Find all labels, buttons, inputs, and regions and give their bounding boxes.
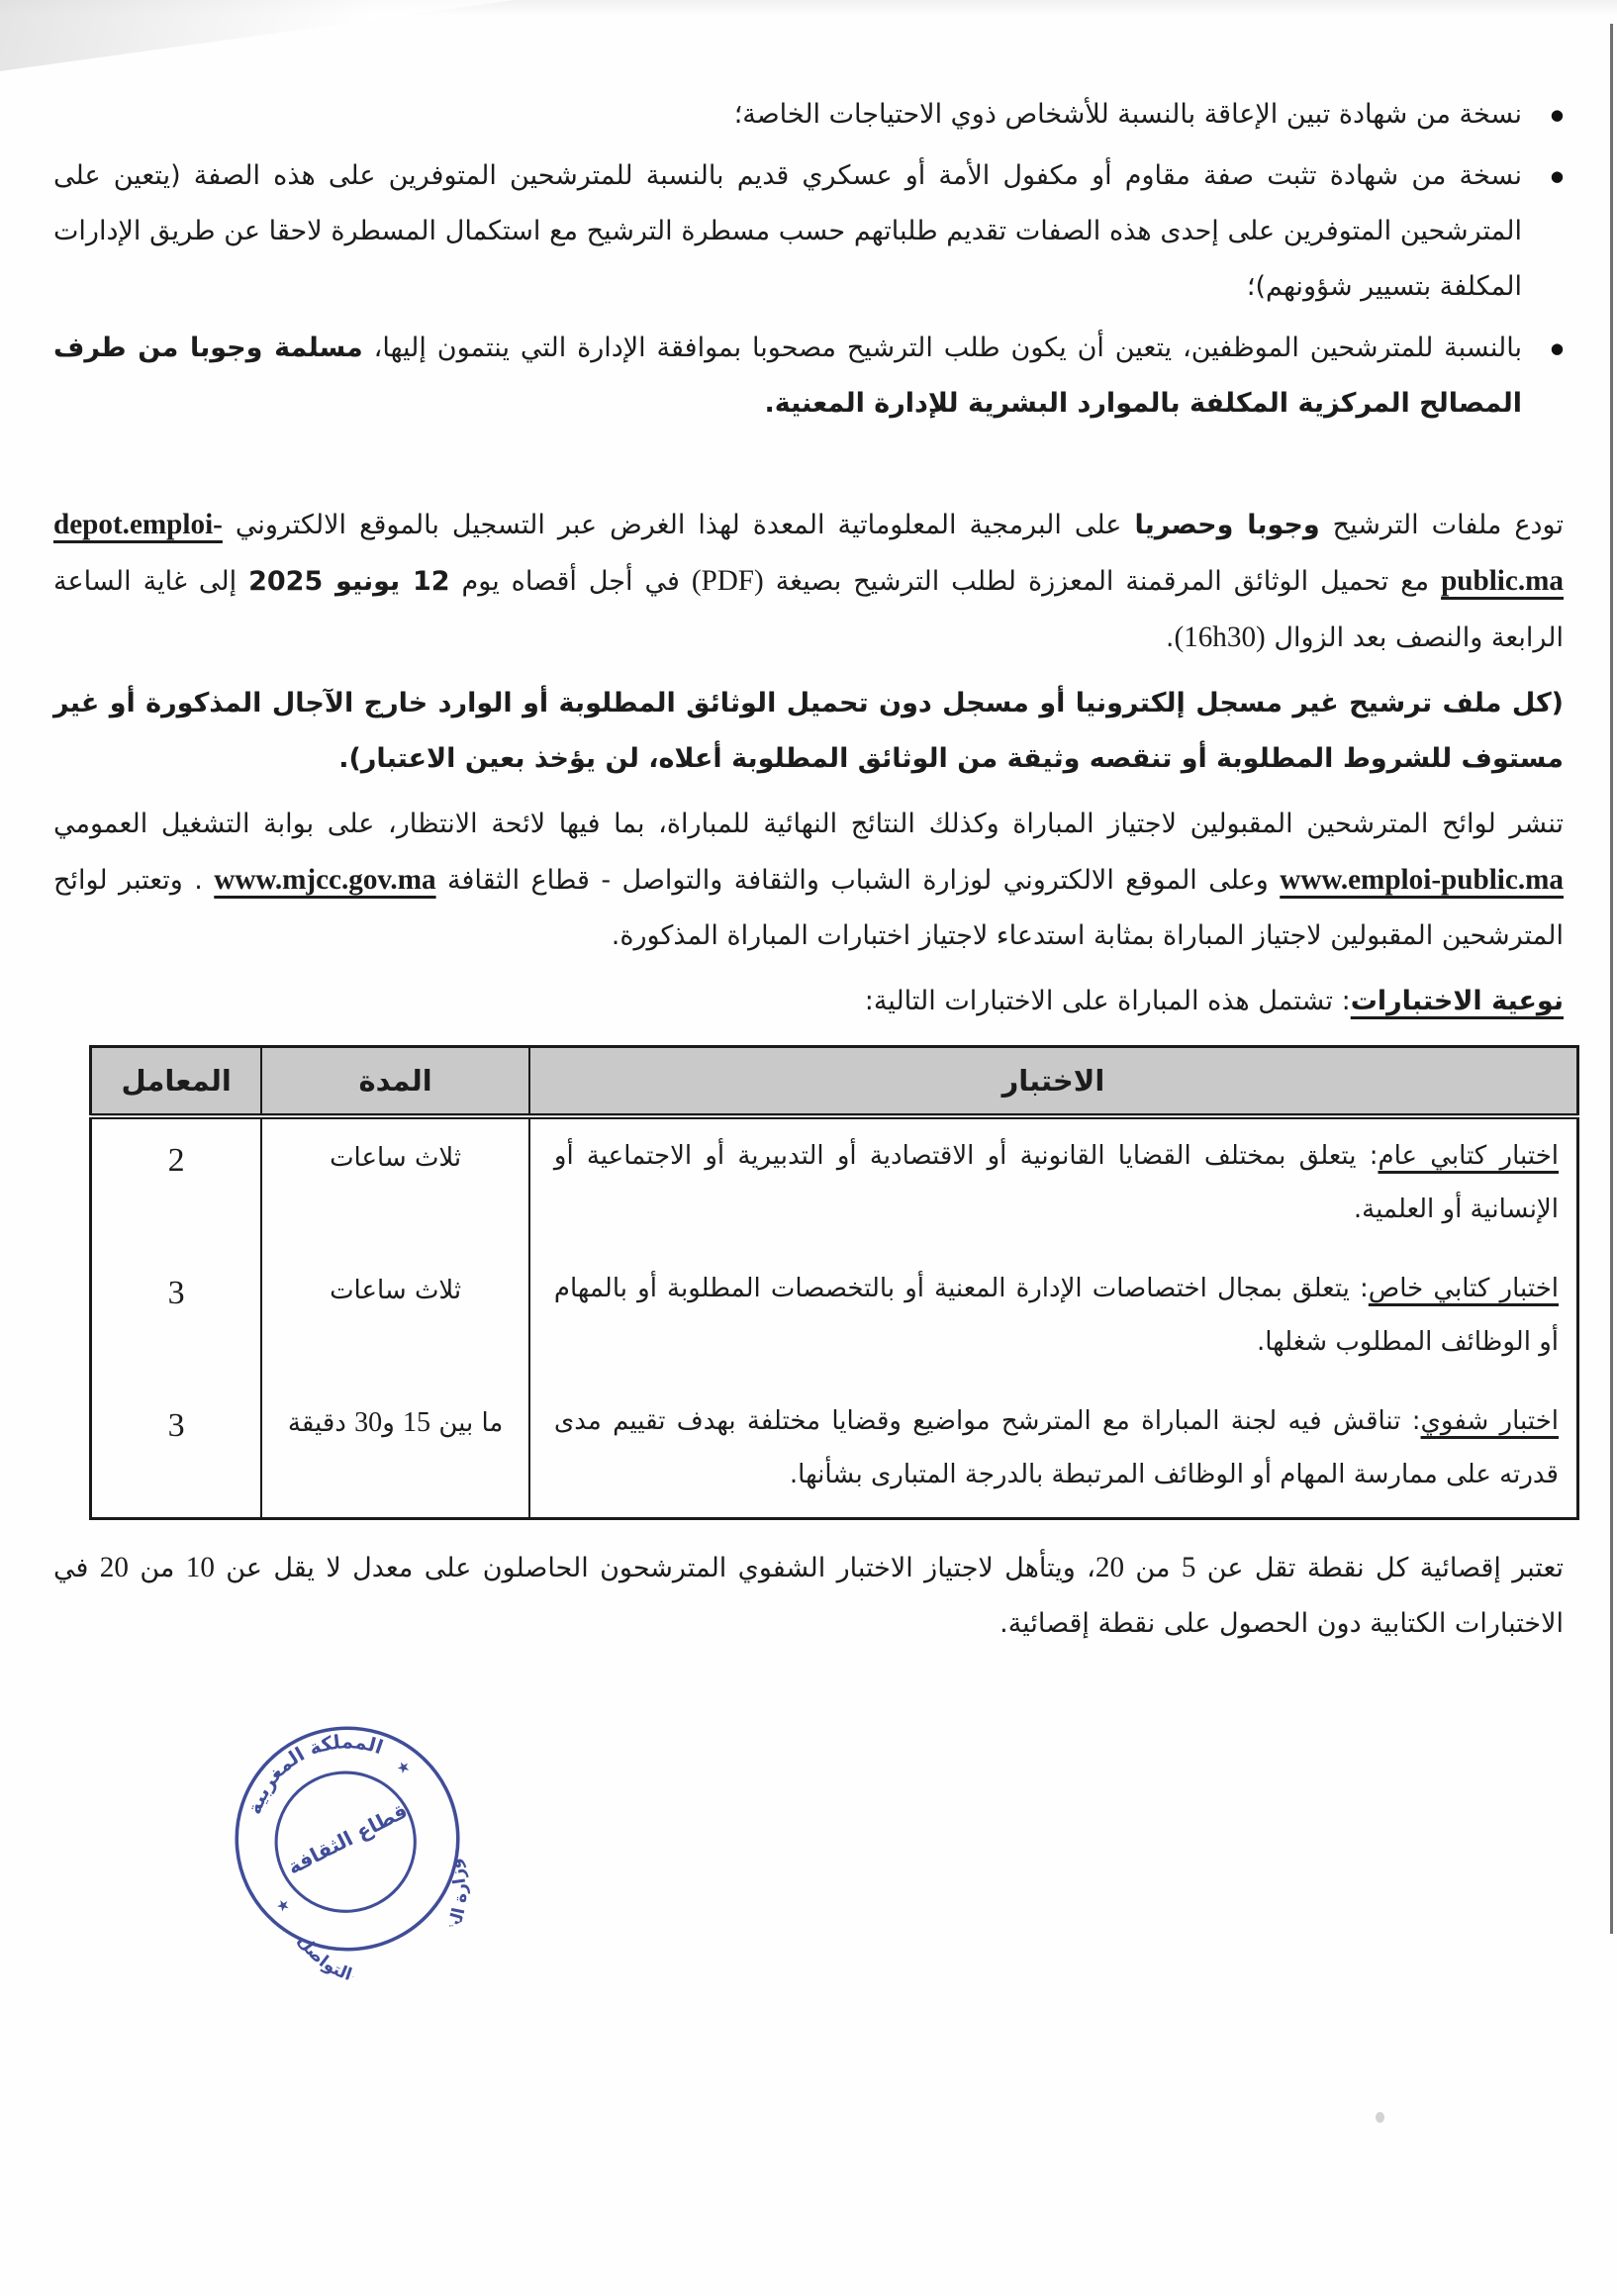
bullet-text: نسخة من شهادة تثبت صفة مقاوم أو مكفول ال… — [53, 148, 1522, 315]
seal-star-right-icon: ★ — [394, 1757, 414, 1778]
bullet-text: بالنسبة للمترشحين الموظفين، يتعين أن يكو… — [53, 321, 1522, 431]
tests-type-heading: نوعية الاختبارات: تشتمل هذه المباراة على… — [53, 974, 1564, 1029]
table-header-row: الاختبار المدة المعامل — [91, 1047, 1578, 1117]
col-header-duration: المدة — [261, 1047, 529, 1117]
document-content: ● نسخة من شهادة تبين الإعاقة بالنسبة للأ… — [0, 0, 1617, 1984]
scan-speck — [1376, 2112, 1384, 2123]
test-duration: ثلاث ساعات — [261, 1116, 529, 1252]
bullet-text: نسخة من شهادة تبين الإعاقة بالنسبة للأشخ… — [53, 87, 1522, 143]
table-row: اختبار شفوي: تناقش فيه لجنة المباراة مع … — [91, 1385, 1578, 1519]
test-duration: ما بين 15 و30 دقيقة — [261, 1385, 529, 1519]
bullet-item: ● نسخة من شهادة تثبت صفة مقاوم أو مكفول … — [53, 148, 1564, 315]
seal-graphic: المملكة المغربية وزارة الشباب والثقافة و… — [178, 1670, 517, 2008]
test-coefficient: 3 — [91, 1252, 262, 1385]
seal-center-text: قطاع الثقافة — [284, 1798, 412, 1879]
bullet-icon: ● — [1522, 148, 1564, 315]
col-header-coefficient: المعامل — [91, 1047, 262, 1117]
results-paragraph: تنشر لوائح المترشحين المقبولين لاجتياز ا… — [53, 797, 1564, 964]
requirements-bullet-list: ● نسخة من شهادة تبين الإعاقة بالنسبة للأ… — [53, 87, 1564, 431]
document-page: ● نسخة من شهادة تبين الإعاقة بالنسبة للأ… — [0, 0, 1617, 2296]
col-header-test: الاختبار — [529, 1047, 1578, 1117]
test-duration: ثلاث ساعات — [261, 1252, 529, 1385]
bullet-item: ● بالنسبة للمترشحين الموظفين، يتعين أن ي… — [53, 321, 1564, 431]
test-description: اختبار كتابي عام: يتعلق بمختلف القضايا ا… — [529, 1116, 1578, 1252]
submission-paragraph: تودع ملفات الترشيح وجوبا وحصريا على البر… — [53, 497, 1564, 666]
seal-star-left-icon: ★ — [273, 1894, 293, 1916]
bullet-icon: ● — [1522, 87, 1564, 143]
test-description: اختبار شفوي: تناقش فيه لجنة المباراة مع … — [529, 1385, 1578, 1519]
ministry-seal-stamp: المملكة المغربية وزارة الشباب والثقافة و… — [222, 1713, 473, 1984]
test-coefficient: 2 — [91, 1116, 262, 1252]
table-row: اختبار كتابي خاص: يتعلق بمجال اختصاصات ا… — [91, 1252, 1578, 1385]
test-coefficient: 3 — [91, 1385, 262, 1519]
warning-paragraph: (كل ملف ترشيح غير مسجل إلكترونيا أو مسجل… — [53, 676, 1564, 787]
seal-top-text: المملكة المغربية — [227, 1705, 393, 1824]
elimination-paragraph: تعتبر إقصائية كل نقطة تقل عن 5 من 20، وي… — [53, 1540, 1564, 1652]
test-description: اختبار كتابي خاص: يتعلق بمجال اختصاصات ا… — [529, 1252, 1578, 1385]
table-row: اختبار كتابي عام: يتعلق بمختلف القضايا ا… — [91, 1116, 1578, 1252]
bullet-item: ● نسخة من شهادة تبين الإعاقة بالنسبة للأ… — [53, 87, 1564, 143]
tests-table: الاختبار المدة المعامل اختبار كتابي عام:… — [89, 1045, 1579, 1520]
bullet-icon: ● — [1522, 321, 1564, 431]
seal-bottom-text: وزارة الشباب والثقافة والتواصل — [292, 1854, 504, 2008]
